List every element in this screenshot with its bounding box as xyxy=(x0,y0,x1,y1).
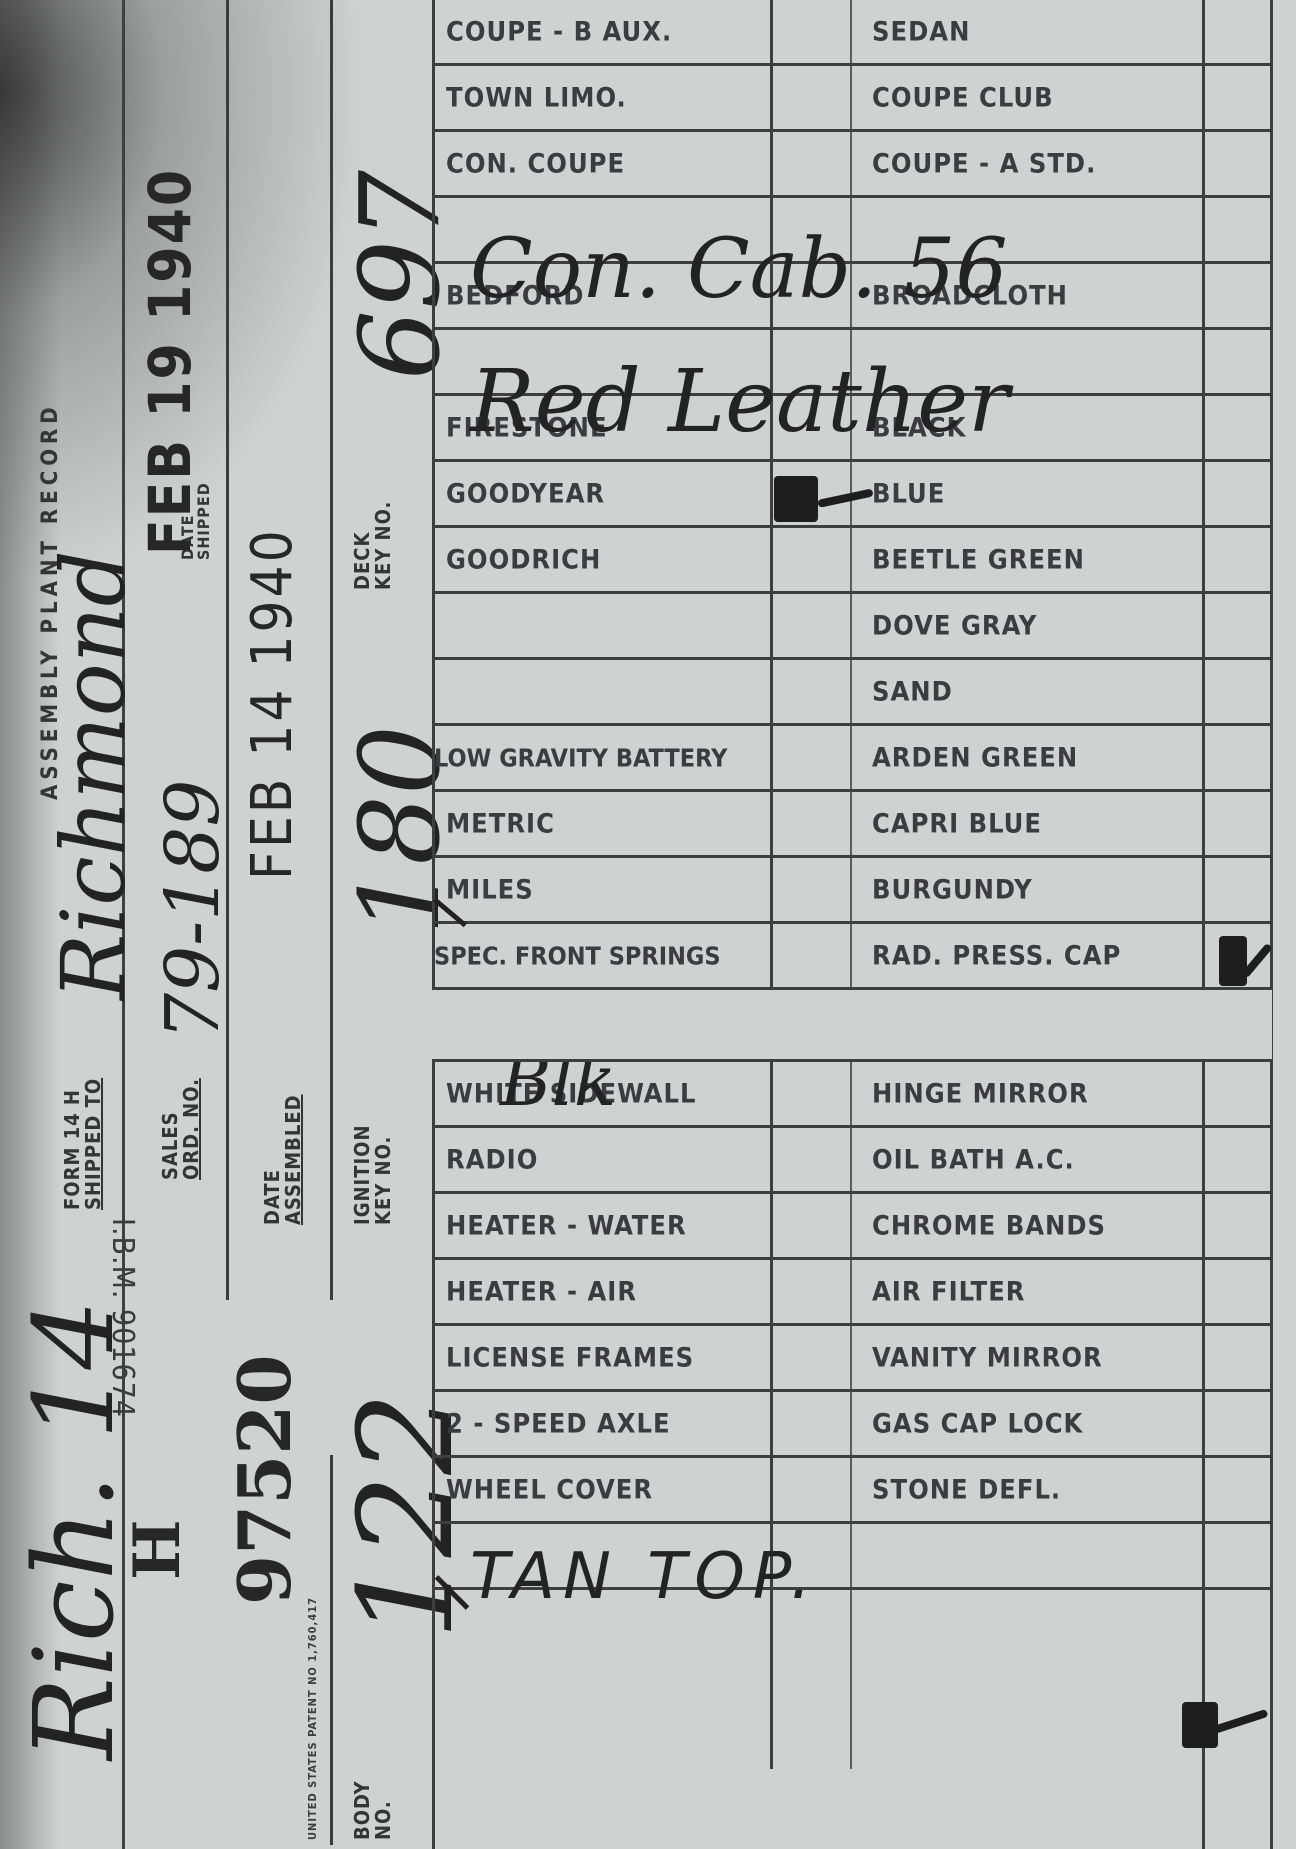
option-label: HINGE MIRROR xyxy=(872,1078,1089,1109)
option-label: CAPRI BLUE xyxy=(872,808,1042,839)
option-label: RADIO xyxy=(446,1144,538,1175)
option-label: AIR FILTER xyxy=(872,1276,1026,1307)
grid-row: WHEEL COVER STONE DEFL. xyxy=(432,1458,1272,1524)
option-label: TOWN LIMO. xyxy=(446,82,627,113)
form-number-label: FORM 14 H SHIPPED TO xyxy=(62,1078,104,1210)
trim-handwritten: Red Leather xyxy=(470,352,1009,452)
option-label: GAS CAP LOCK xyxy=(872,1408,1083,1439)
grid-row-blank xyxy=(432,990,1272,1062)
option-label: ARDEN GREEN xyxy=(872,742,1078,773)
shipped-to-label: SHIPPED TO xyxy=(83,1078,104,1210)
option-label: SPEC. FRONT SPRINGS xyxy=(434,941,721,970)
date-assembled-value: FEB 14 1940 xyxy=(240,527,305,880)
option-label: DOVE GRAY xyxy=(872,610,1037,641)
patent-text: UNITED STATES PATENT NO 1,760,417 xyxy=(306,1597,319,1840)
grid-row: GOODRICH BEETLE GREEN xyxy=(432,528,1272,594)
body-no-value: 97520 xyxy=(222,1355,307,1606)
grid-row: METRIC CAPRI BLUE xyxy=(432,792,1272,858)
sales-ord-no-handwritten: 79-189 xyxy=(150,780,236,1040)
header-rule-2 xyxy=(226,0,229,1300)
grid-row: LOW GRAVITY BATTERY ARDEN GREEN xyxy=(432,726,1272,792)
grid-row: MILES BURGUNDY xyxy=(432,858,1272,924)
grid-row: CON. COUPE COUPE - A STD. xyxy=(432,132,1272,198)
grid-row: SAND xyxy=(432,660,1272,726)
grid-row: TOWN LIMO. COUPE CLUB xyxy=(432,66,1272,132)
option-label: STONE DEFL. xyxy=(872,1474,1061,1505)
option-label: SEDAN xyxy=(872,16,970,47)
deck-key-no-label: DECK KEY NO. xyxy=(352,501,394,590)
option-label: GOODYEAR xyxy=(446,478,605,509)
option-label: BURGUNDY xyxy=(872,874,1033,905)
plant-code-handwritten: Rich. 14 xyxy=(10,1300,138,1760)
option-label: SAND xyxy=(872,676,953,707)
option-label: COUPE - A STD. xyxy=(872,148,1096,179)
body-no-label: BODY NO. xyxy=(352,1780,394,1840)
option-label: METRIC xyxy=(446,808,555,839)
grid-row: SPEC. FRONT SPRINGS RAD. PRESS. CAP xyxy=(432,924,1272,990)
option-label: COUPE - B AUX. xyxy=(446,16,672,47)
option-label: WHEEL COVER xyxy=(446,1474,653,1505)
date-shipped-value: FEB 19 1940 xyxy=(136,168,204,555)
option-label: LICENSE FRAMES xyxy=(446,1342,694,1373)
option-label: BLUE xyxy=(872,478,945,509)
body-style-handwritten: Con. Cab. 56 xyxy=(470,222,1008,317)
grid-row: DOVE GRAY xyxy=(432,594,1272,660)
option-label: HEATER - WATER xyxy=(446,1210,687,1241)
option-label: 2 - SPEED AXLE xyxy=(446,1408,671,1439)
option-label: CON. COUPE xyxy=(446,148,625,179)
assembly-plant-record-card: ASSEMBLY PLANT RECORD FORM 14 H SHIPPED … xyxy=(0,0,1296,1849)
sales-ord-no-label: SALES ORD. NO. xyxy=(160,1078,202,1180)
option-label: LOW GRAVITY BATTERY xyxy=(434,743,727,772)
top-color-handwritten: TAN TOP. xyxy=(470,1540,819,1614)
grid-row: RADIO OIL BATH A.C. xyxy=(432,1128,1272,1194)
option-label: GOODRICH xyxy=(446,544,601,575)
option-label: BEETLE GREEN xyxy=(872,544,1085,575)
ignition-key-no-label: IGNITION KEY NO. xyxy=(352,1124,394,1225)
grid-row: LICENSE FRAMES VANITY MIRROR xyxy=(432,1326,1272,1392)
grid-row: 2 - SPEED AXLE GAS CAP LOCK xyxy=(432,1392,1272,1458)
option-label: MILES xyxy=(446,874,534,905)
grid-row: COUPE - B AUX. SEDAN xyxy=(432,0,1272,66)
option-label: VANITY MIRROR xyxy=(872,1342,1103,1373)
option-label: RAD. PRESS. CAP xyxy=(872,940,1121,971)
option-label: CHROME BANDS xyxy=(872,1210,1106,1241)
option-label: COUPE CLUB xyxy=(872,82,1054,113)
option-label: OIL BATH A.C. xyxy=(872,1144,1075,1175)
option-label: HEATER - AIR xyxy=(446,1276,637,1307)
grid-row: HEATER - AIR AIR FILTER xyxy=(432,1260,1272,1326)
shipped-to-handwritten: Richmond xyxy=(42,550,145,1000)
grid-row: HEATER - WATER CHROME BANDS xyxy=(432,1194,1272,1260)
header-rule-3 xyxy=(330,0,333,1300)
date-assembled-label: DATE ASSEMBLED xyxy=(262,1094,304,1225)
